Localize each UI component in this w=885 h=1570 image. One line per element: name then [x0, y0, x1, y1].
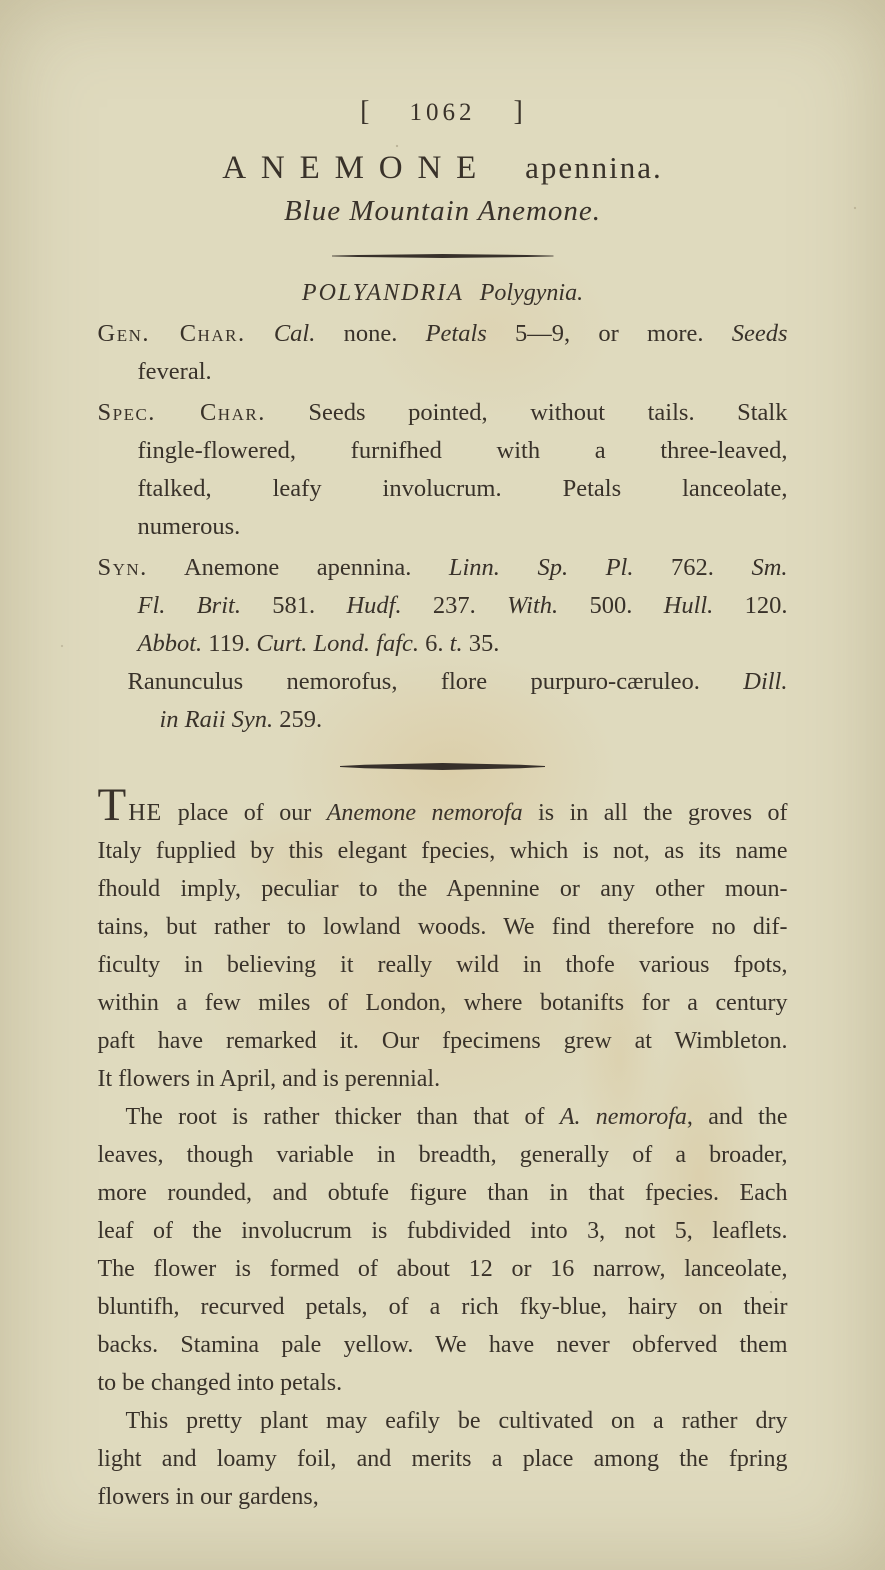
text-segment: Anemone apennina.	[148, 554, 449, 581]
text-segment: Dill.	[743, 668, 787, 695]
book-page: [1062] ANEMONEapennina. Blue Mountain An…	[0, 0, 885, 1570]
text-segment: 581.	[241, 592, 347, 619]
text-segment: 119.	[202, 630, 256, 657]
text-segment: HE	[128, 800, 162, 826]
paragraph-3-line: light and loamy foil, and merits a place…	[98, 1440, 788, 1478]
text-segment: within a few miles of London, where bota…	[98, 990, 788, 1016]
text-segment: Hudf.	[346, 592, 401, 619]
text-segment: ftalked, leafy involucrum. Petals lanceo…	[138, 475, 788, 502]
text-segment: fhould imply, peculiar to the Apennine o…	[98, 876, 788, 902]
text-segment: in Raii Syn.	[160, 706, 274, 733]
paragraph-2-line: more rounded, and obtufe figure than in …	[98, 1174, 788, 1212]
paragraph-2: The root is rather thicker than that of …	[98, 1098, 788, 1402]
syn-section-line: Ranunculus nemorofus, flore purpuro-cæru…	[98, 663, 788, 701]
text-segment: Seeds	[732, 320, 788, 347]
text-segment: Curt. Lond. fafc.	[256, 630, 419, 657]
text-segment: A. nemorofa	[560, 1104, 687, 1130]
text-segment: 259.	[273, 706, 322, 733]
page-number-line: [1062]	[0, 96, 885, 128]
text-segment: 237.	[402, 592, 508, 619]
text-segment: Abbot.	[138, 630, 203, 657]
text-segment: fingle-flowered, furnifhed with a three-…	[138, 437, 788, 464]
text-segment: more rounded, and obtufe figure than in …	[98, 1180, 788, 1206]
text-segment: to be changed into petals.	[98, 1370, 343, 1396]
gen-char-section-line: Gen. Char. Cal. none. Petals 5—9, or mor…	[98, 315, 788, 353]
paragraph-3-line: This pretty plant may eafily be cultivat…	[98, 1402, 788, 1440]
left-bracket: [	[360, 96, 371, 127]
text-segment: 35.	[463, 630, 500, 657]
right-bracket: ]	[514, 96, 525, 127]
text-segment: none.	[315, 320, 425, 347]
linnaean-order: Polygynia.	[480, 280, 583, 306]
text-segment: Spec. Char.	[98, 399, 266, 426]
syn-section: Syn. Anemone apennina. Linn. Sp. Pl. 762…	[98, 549, 788, 739]
paragraph-1-line: tains, but rather to lowland woods. We f…	[98, 908, 788, 946]
paragraph-2-line: backs. Stamina pale yellow. We have neve…	[98, 1326, 788, 1364]
text-segment: leaves, though variable in breadth, gene…	[98, 1142, 788, 1168]
text-segment: , and the	[687, 1104, 788, 1130]
text-segment: The root is rather thicker than that of	[126, 1104, 560, 1130]
paragraph-1-line: within a few miles of London, where bota…	[98, 984, 788, 1022]
text-segment: 5—9, or more.	[487, 320, 732, 347]
syn-section-line: Syn. Anemone apennina. Linn. Sp. Pl. 762…	[98, 549, 788, 587]
paragraph-2-line: The root is rather thicker than that of …	[98, 1098, 788, 1136]
paragraph-2-line: leaves, though variable in breadth, gene…	[98, 1136, 788, 1174]
syn-section-line: Abbot. 119. Curt. Lond. fafc. 6. t. 35.	[98, 625, 788, 663]
text-segment: flowers in our gardens,	[98, 1484, 319, 1510]
text-segment: Cal.	[274, 320, 316, 347]
paragraph-2-line: to be changed into petals.	[98, 1364, 788, 1402]
spec-char-section-line: ftalked, leafy involucrum. Petals lanceo…	[98, 470, 788, 508]
swelled-rule-top	[332, 254, 554, 258]
paragraph-3-line: flowers in our gardens,	[98, 1478, 788, 1516]
paragraph-1: THE place of our Anemone nemorofa is in …	[98, 794, 788, 1098]
text-segment: t.	[450, 630, 463, 657]
text-segment: place of our	[162, 800, 327, 826]
paragraph-2-line: The flower is formed of about 12 or 16 n…	[98, 1250, 788, 1288]
genus-name: ANEMONE	[222, 150, 491, 186]
text-segment: Hull.	[664, 592, 714, 619]
swelled-rule-middle	[340, 763, 545, 770]
text-segment: Anemone nemorofa	[327, 800, 523, 826]
page-header: [1062] ANEMONEapennina. Blue Mountain An…	[0, 0, 885, 228]
description-body: THE place of our Anemone nemorofa is in …	[98, 790, 788, 1516]
paragraph-2-line: leaf of the involucrum is fubdivided int…	[98, 1212, 788, 1250]
text-segment: With.	[507, 592, 558, 619]
spec-char-section-line: numerous.	[98, 508, 788, 546]
text-segment: paft have remarked it. Our fpecimens gre…	[98, 1028, 788, 1054]
spec-char-section-line: fingle-flowered, furnifhed with a three-…	[98, 432, 788, 470]
page-number: 1062	[410, 99, 476, 126]
text-segment: bluntifh, recurved petals, of a rich fky…	[98, 1294, 788, 1320]
text-segment: tains, but rather to lowland woods. We f…	[98, 914, 788, 940]
text-segment: Fl. Brit.	[138, 592, 241, 619]
spec-char-section: Spec. Char. Seeds pointed, without tails…	[98, 394, 788, 546]
classification-line: POLYANDRIAPolygynia.	[0, 280, 885, 307]
text-segment: Petals	[426, 320, 487, 347]
paragraph-1-line: ficulty in believing it really wild in t…	[98, 946, 788, 984]
text-segment: Italy fupplied by this elegant fpecies, …	[98, 838, 788, 864]
gen-char-section-line: feveral.	[98, 353, 788, 391]
text-segment: light and loamy foil, and merits a place…	[98, 1446, 788, 1472]
text-segment: Gen. Char.	[98, 320, 246, 347]
text-segment	[246, 320, 274, 347]
syn-section-line: Fl. Brit. 581. Hudf. 237. With. 500. Hul…	[98, 587, 788, 625]
text-segment: ficulty in believing it really wild in t…	[98, 952, 788, 978]
text-segment: The flower is formed of about 12 or 16 n…	[98, 1256, 788, 1282]
text-body: Gen. Char. Cal. none. Petals 5—9, or mor…	[98, 315, 788, 739]
paragraph-1-line: paft have remarked it. Our fpecimens gre…	[98, 1022, 788, 1060]
gen-char-section: Gen. Char. Cal. none. Petals 5—9, or mor…	[98, 315, 788, 391]
text-segment: feveral.	[138, 358, 212, 385]
species-epithet: apennina.	[525, 150, 663, 185]
linnaean-class: POLYANDRIA	[302, 280, 464, 306]
paragraph-1-line: fhould imply, peculiar to the Apennine o…	[98, 870, 788, 908]
species-title: ANEMONEapennina.	[0, 150, 885, 187]
text-segment: It flowers in April, and is perennial.	[98, 1066, 441, 1092]
paragraph-1-line: Italy fupplied by this elegant fpecies, …	[98, 832, 788, 870]
text-segment: 6.	[419, 630, 450, 657]
text-segment: 500.	[558, 592, 664, 619]
common-name: Blue Mountain Anemone.	[0, 195, 885, 228]
paragraph-1-line: It flowers in April, and is perennial.	[98, 1060, 788, 1098]
text-segment: numerous.	[138, 513, 241, 540]
text-segment: is in all the groves of	[523, 800, 788, 826]
text-segment: 762.	[634, 554, 752, 581]
text-segment: Linn. Sp. Pl.	[449, 554, 634, 581]
text-segment: Ranunculus nemorofus, flore purpuro-cæru…	[128, 668, 744, 695]
text-segment: Syn.	[98, 554, 148, 581]
text-segment: 120.	[713, 592, 787, 619]
text-segment: Seeds pointed, without tails. Stalk	[266, 399, 788, 426]
spec-char-section-line: Spec. Char. Seeds pointed, without tails…	[98, 394, 788, 432]
text-segment: T	[98, 779, 127, 831]
paragraph-3: This pretty plant may eafily be cultivat…	[98, 1402, 788, 1516]
text-segment: This pretty plant may eafily be cultivat…	[126, 1408, 788, 1434]
paragraph-1-line: THE place of our Anemone nemorofa is in …	[98, 794, 788, 832]
text-segment: Sm.	[751, 554, 787, 581]
text-segment: leaf of the involucrum is fubdivided int…	[98, 1218, 788, 1244]
paragraph-2-line: bluntifh, recurved petals, of a rich fky…	[98, 1288, 788, 1326]
syn-section-line: in Raii Syn. 259.	[98, 701, 788, 739]
text-segment: backs. Stamina pale yellow. We have neve…	[98, 1332, 788, 1358]
